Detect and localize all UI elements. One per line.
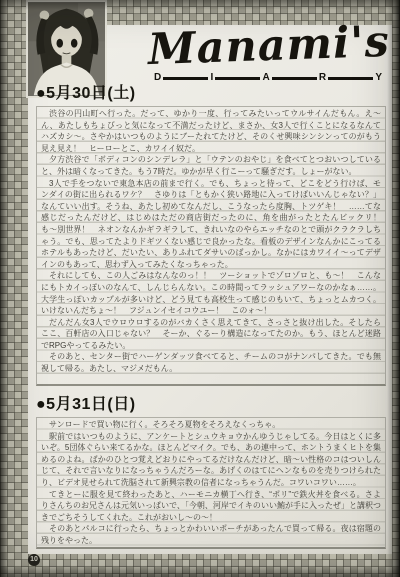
diary-title-script: Manami's [147,16,389,76]
divider-bar [163,77,208,80]
page-number-badge: 10 [28,554,40,566]
entry-date-heading: ●5月31日(日) [36,395,386,415]
diary-entry-may-30: ●5月30日(土) 渋谷の円山町へ行った。だって、ゆかり一度、行ってみたいってウ… [36,84,386,386]
diary-letter-r: R [317,72,328,84]
divider-bar [328,77,373,80]
diary-paragraph: 夕方渋谷で「ボディコンのシンデレラ」と「ウテンのおやじ」を食べてとつおいつしてい… [41,154,381,177]
entry-body: サンロードで買い物に行く。そろそろ夏物をそろえなくっちゃ。 駅前ではいつものよう… [36,417,386,549]
diary-paragraph: それにしても、この人ごみはなんなのっ！！ ツーショットでゾロゾロと、も〜！ こん… [41,270,381,316]
diary-letter-d: D [152,72,163,84]
diary-paragraph: 渋谷の円山町へ行った。だって、ゆかり一度、行ってみたいってウルサイんだもん。え〜… [41,108,381,154]
diary-subtitle-letters: D I A R Y [152,72,384,84]
diary-entry-may-31: ●5月31日(日) サンロードで買い物に行く。そろそろ夏物をそろえなくっちゃ。 … [36,395,386,549]
portrait-illustration [28,2,105,96]
divider-bar [215,77,260,80]
diary-letter-a: A [260,72,271,84]
diary-paragraph: 3人で手をつないで東急本店の前まで行く。でも、ちょっと待って、どこをどう行けば、… [41,178,381,271]
divider-bar [272,77,317,80]
diary-content: ●5月30日(土) 渋谷の円山町へ行った。だって、ゆかり一度、行ってみたいってウ… [36,84,386,549]
diary-paragraph: だんだん女3人でウロウロするのがバカくさく思えてきて、さっさと抜け出した。そした… [41,317,381,352]
diary-paragraph: てきとーに服を見て終わったあと、ハーモニカ横丁へ行き、“ポリ”で鉄火丼を食べる。… [41,489,381,524]
diary-letter-i: I [208,72,215,84]
entry-date-heading: ●5月30日(土) [36,84,386,104]
diary-paragraph: 駅前ではいつものように、アンケートとシュウキョウかんゆうじゃしてる。今日はとくに… [41,431,381,489]
diary-paragraph: サンロードで買い物に行く。そろそろ夏物をそろえなくっちゃ。 [41,419,381,431]
diary-letter-y: Y [373,72,384,84]
diary-paragraph: そのあとパルコに行ったら、ちょっとかわいいポーチがあったんで買って帰る。夜は宿題… [41,523,381,546]
diary-paragraph: そのあと、センター街でハーゲンダッツ食べてると、チームのコがナンパしてきた。でも… [41,351,381,374]
diary-page: Manami's D I A R Y ●5月30日(土) 渋谷の円山町へ行った。… [0,0,400,577]
entry-body: 渋谷の円山町へ行った。だって、ゆかり一度、行ってみたいってウルサイんだもん。え〜… [36,106,386,386]
